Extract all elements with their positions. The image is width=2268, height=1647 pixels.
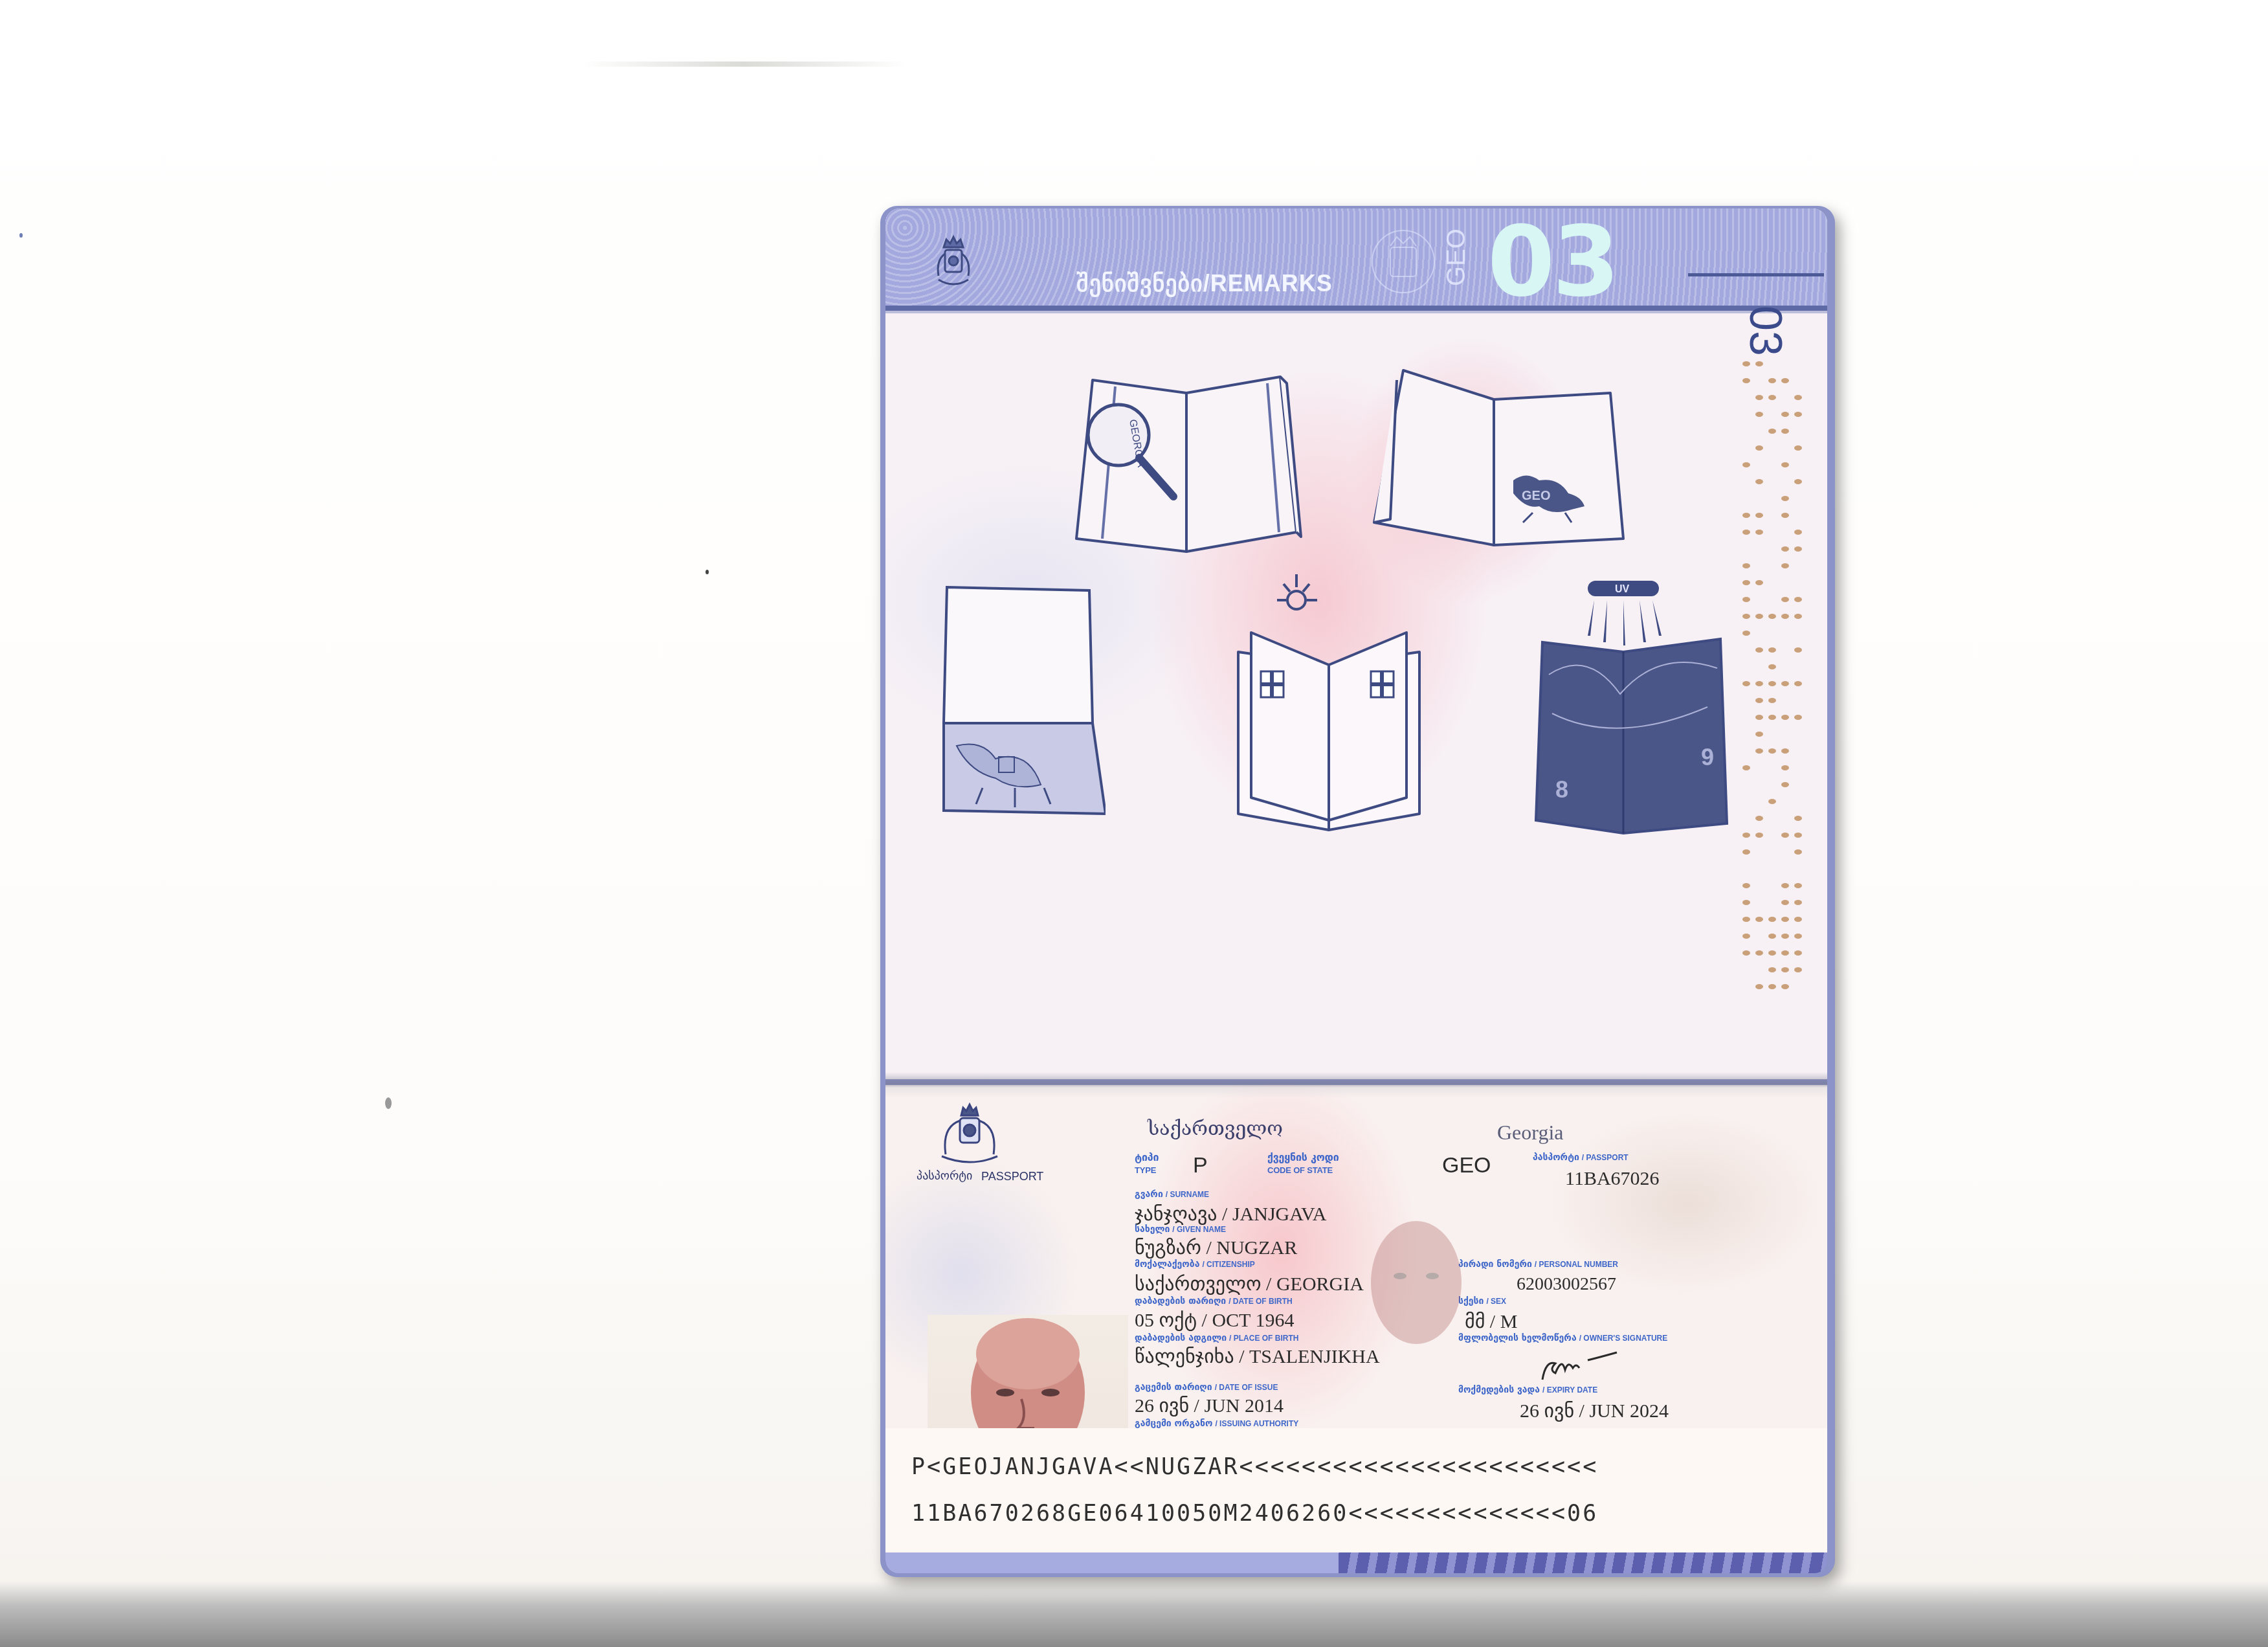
citizenship-value: საქართველო / GEORGIA bbox=[1135, 1273, 1364, 1295]
svg-text:GEO: GEO bbox=[1522, 489, 1550, 503]
personal-number-value: 62003002567 bbox=[1517, 1274, 1616, 1295]
microtext-magnifier-illustration: GEORGIA bbox=[1073, 367, 1345, 555]
document-label-en: PASSPORT bbox=[981, 1170, 1043, 1183]
surname-label-ka: გვარი bbox=[1135, 1189, 1163, 1200]
expiry-date-label-group: მოქმედების ვადა / EXPIRY DATE bbox=[1458, 1384, 1597, 1396]
personal-number-label: / PERSONAL NUMBER bbox=[1535, 1260, 1618, 1269]
uv-light-illustration: UV 8 9 bbox=[1533, 577, 1759, 836]
cover-edge-pattern-light bbox=[885, 1552, 1339, 1573]
country-name-en: Georgia bbox=[1497, 1121, 1563, 1145]
date-of-birth-label-ka: დაბადების თარიღი bbox=[1135, 1296, 1226, 1306]
passport-number-label-ka: პასპორტი bbox=[1533, 1152, 1579, 1163]
remarks-title: შენიშვნები/REMARKS bbox=[1076, 270, 1333, 297]
remarks-page: შენიშვნები/REMARKS GEO 03 03 bbox=[885, 208, 1827, 1079]
date-of-issue-label-group: გაცემის თარიღი / DATE OF ISSUE bbox=[1135, 1382, 1278, 1393]
latent-image-illustration: GEO bbox=[1368, 364, 1640, 552]
personal-number-label-group: პირადი ნომერი / PERSONAL NUMBER bbox=[1458, 1259, 1618, 1270]
band-code: GEO bbox=[1442, 229, 1471, 286]
type-label: TYPE bbox=[1135, 1165, 1156, 1175]
scan-speck bbox=[19, 233, 23, 238]
owners-signature-label-ka: მფლობელის ხელმოწერა bbox=[1458, 1333, 1577, 1343]
place-of-birth-label-ka: დაბადების ადგილი bbox=[1135, 1333, 1227, 1343]
date-of-birth-value: 05 ოქტ / OCT 1964 bbox=[1135, 1309, 1294, 1332]
backlight-flag-illustration bbox=[1232, 574, 1432, 833]
emblem-watermark-icon bbox=[1364, 221, 1449, 299]
surname-label: / SURNAME bbox=[1166, 1190, 1209, 1199]
page-number: 03 bbox=[1487, 214, 1618, 311]
citizenship-label-group: მოქალაქეობა / CITIZENSHIP bbox=[1135, 1259, 1255, 1270]
expiry-date-value: 26 ივნ / JUN 2024 bbox=[1520, 1400, 1669, 1422]
watermark-illustration bbox=[937, 581, 1106, 820]
given-name-label-group: სახელი / GIVEN NAME bbox=[1135, 1224, 1226, 1235]
coat-of-arms-icon bbox=[931, 234, 976, 293]
date-of-birth-label-group: დაბადების თარიღი / DATE OF BIRTH bbox=[1135, 1295, 1293, 1307]
given-name-value: ნუგზარ / NUGZAR bbox=[1135, 1237, 1297, 1259]
sex-label: / SEX bbox=[1486, 1297, 1506, 1306]
place-of-birth-label-group: დაბადების ადგილი / PLACE OF BIRTH bbox=[1135, 1332, 1298, 1344]
passport-number-label-group: პასპორტი / PASSPORT bbox=[1533, 1152, 1629, 1163]
band-divider bbox=[885, 311, 1827, 313]
expiry-date-label-ka: მოქმედების ვადა bbox=[1458, 1385, 1540, 1395]
sex-value: მმ / M bbox=[1465, 1310, 1517, 1333]
mrz-line-2: 11BA670268GE06410050M2406260<<<<<<<<<<<<… bbox=[911, 1501, 1598, 1527]
surname-label-group: გვარი / SURNAME bbox=[1135, 1189, 1209, 1200]
date-of-issue-label-ka: გაცემის თარიღი bbox=[1135, 1382, 1212, 1393]
date-of-birth-label: / DATE OF BIRTH bbox=[1228, 1297, 1292, 1306]
scan-speck bbox=[706, 570, 709, 574]
place-of-birth-label: / PLACE OF BIRTH bbox=[1229, 1334, 1298, 1343]
owners-signature-label-group: მფლობელის ხელმოწერა / OWNER'S SIGNATURE bbox=[1458, 1332, 1667, 1344]
passport-number-value: 11BA67026 bbox=[1565, 1168, 1660, 1190]
code-of-state-label-ka: ქვეყნის კოდი bbox=[1267, 1151, 1339, 1163]
place-of-birth-value: წალენჯიხა / TSALENJIKHA bbox=[1135, 1345, 1380, 1368]
passport-number-label: / PASSPORT bbox=[1582, 1153, 1629, 1162]
document-label-ka: პასპორტი bbox=[917, 1169, 972, 1183]
side-page-number: 03 bbox=[1740, 306, 1792, 356]
date-of-issue-label: / DATE OF ISSUE bbox=[1215, 1383, 1278, 1392]
svg-text:9: 9 bbox=[1701, 744, 1714, 770]
owners-signature-label: / OWNER'S SIGNATURE bbox=[1579, 1334, 1668, 1343]
type-label-ka: ტიპი bbox=[1135, 1151, 1159, 1163]
country-name-ka: საქართველო bbox=[1148, 1117, 1283, 1140]
surname-value: ჯანჯღავა / JANJGAVA bbox=[1135, 1203, 1327, 1226]
issuing-authority-label: / ISSUING AUTHORITY bbox=[1215, 1419, 1298, 1428]
scan-speck bbox=[385, 1097, 392, 1109]
expiry-date-label: / EXPIRY DATE bbox=[1542, 1385, 1597, 1395]
data-page: პასპორტი PASSPORT საქართველო Georgia ტიპ… bbox=[885, 1085, 1827, 1558]
given-name-label: / GIVEN NAME bbox=[1172, 1225, 1226, 1234]
page-fold bbox=[885, 1072, 1827, 1098]
given-name-label-ka: სახელი bbox=[1135, 1224, 1170, 1235]
mrz-line-1: P<GEOJANJGAVA<<NUGZAR<<<<<<<<<<<<<<<<<<<… bbox=[911, 1454, 1598, 1480]
coat-of-arms-icon bbox=[934, 1101, 1005, 1166]
header-rule bbox=[1688, 273, 1824, 276]
type-value: P bbox=[1193, 1153, 1208, 1178]
svg-text:8: 8 bbox=[1555, 776, 1568, 803]
code-of-state-label: CODE OF STATE bbox=[1267, 1165, 1333, 1175]
date-of-issue-value: 26 ივნ / JUN 2014 bbox=[1135, 1395, 1284, 1417]
svg-text:UV: UV bbox=[1615, 584, 1630, 595]
code-of-state-value: GEO bbox=[1442, 1153, 1491, 1178]
passport-booklet: შენიშვნები/REMARKS GEO 03 03 bbox=[880, 206, 1835, 1577]
mrz-zone: P<GEOJANJGAVA<<NUGZAR<<<<<<<<<<<<<<<<<<<… bbox=[885, 1428, 1827, 1558]
ghost-image bbox=[1361, 1211, 1471, 1360]
page-header-band: შენიშვნები/REMARKS GEO 03 bbox=[885, 208, 1827, 311]
owner-signature bbox=[1533, 1347, 1623, 1386]
issuing-authority-label-ka: გამცემი ორგანო bbox=[1135, 1418, 1212, 1429]
scan-smudge bbox=[583, 62, 906, 67]
citizenship-label: / CITIZENSHIP bbox=[1202, 1260, 1254, 1269]
citizenship-label-ka: მოქალაქეობა bbox=[1135, 1259, 1199, 1270]
